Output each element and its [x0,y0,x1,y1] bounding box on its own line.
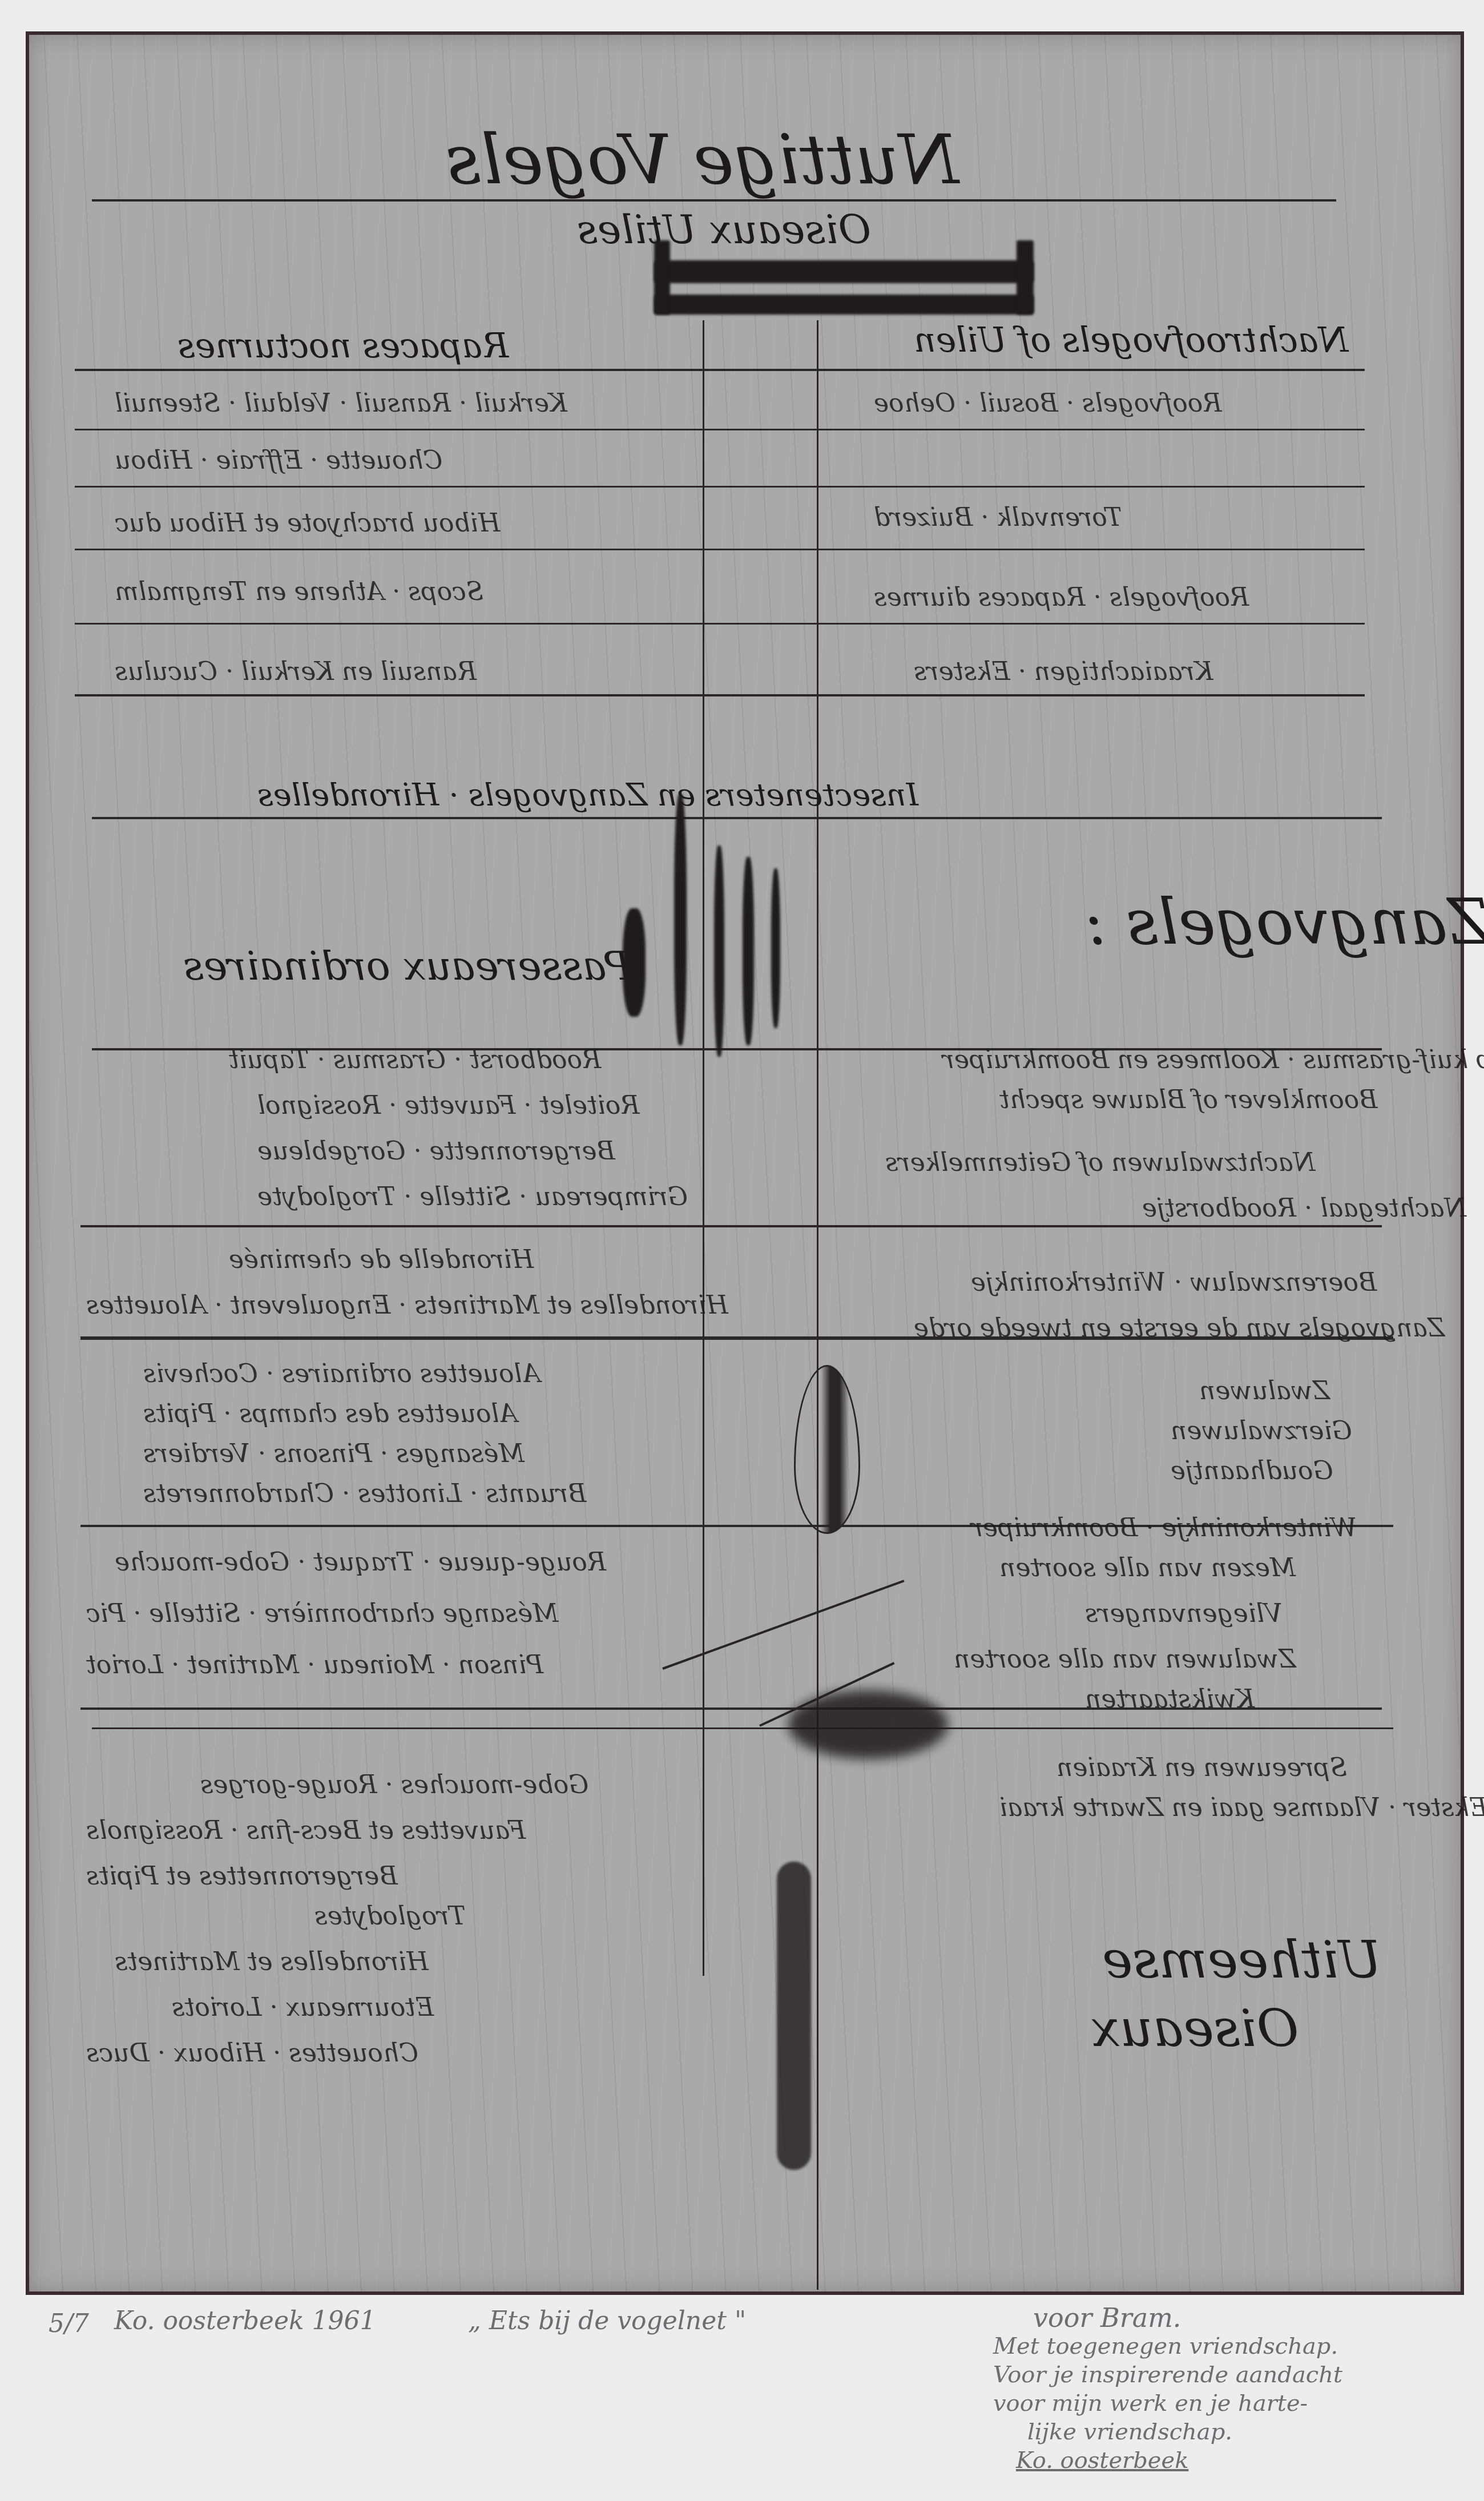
note: Bergeronnette · Gorgebleue [257,1137,615,1166]
note: Zwaluwen van alle soorten [954,1645,1296,1674]
text-nachtroofvogels: Nachtroofvogels of Uilen [914,320,1348,360]
note: Nachtegaal · Roodborstje [1142,1194,1466,1223]
text-zangvogels: Zangvogels : [1085,885,1484,958]
note: Ekster · Vlaamse gaai en Zwarte kraai [999,1793,1484,1822]
artwork-title: „ Ets bij de vogelnet " [468,2306,746,2335]
note: Torenvalk · Buizerd [874,503,1122,532]
note: Boerenzwaluw · Winterkoninkje [971,1268,1377,1297]
note: Vliegenvangers [1085,1599,1283,1628]
text-passereaux: Passereaux ordinaires [183,943,631,989]
note: Hibou brachyote et Hibou duc [115,509,500,538]
note: Bergeronnettes et Pipits [86,1862,398,1891]
note: Hirondelles et Martinets · Engoulevent ·… [86,1291,728,1320]
bird-figure [777,1862,811,2170]
dedication-line: voor mijn werk en je harte- [993,2389,1473,2418]
emblem-bar [654,260,1034,283]
note: Spreeuwen en Kraaien [1056,1753,1347,1782]
title-oiseaux-utiles: Oiseaux Utiles [577,206,871,253]
ruled-line [75,623,1365,625]
text-rapaces-nocturnes: Rapaces nocturnes [178,326,509,366]
etching-plate: Nuttige Vogels Oiseaux Utiles Nachtroofv… [26,31,1464,2295]
ruled-line [75,694,1365,696]
comb-stroke [743,857,754,1045]
artist-signature-date: Ko. oosterbeek 1961 [114,2306,376,2335]
note: Kerkuil · Ransuil · Velduil · Steenuil [115,389,567,418]
center-vertical-line [817,320,818,2290]
note: Mezen van alle soorten [999,1553,1296,1582]
comb-stroke [674,794,687,1045]
ruled-line [75,549,1365,550]
note: Troglodytes [314,1902,466,1931]
title-nuttige-vogels: Nuttige Vogels [446,120,959,200]
edition-number: 5/7 [49,2309,89,2338]
note: Mésanges · Pinsons · Verdiers [143,1439,525,1468]
note: Roitelet · Fauvette · Rossignol [257,1091,639,1120]
comb-stroke [714,845,724,1057]
dedication-line: Met toegenegen vriendschap. [993,2332,1473,2361]
text-insectivores: Insecteneters en Zangvogels · Hirondelle… [257,777,918,813]
note: Alouettes ordinaires · Cochevis [143,1359,540,1388]
ruled-line [92,1727,1393,1729]
center-vertical-line [703,320,704,1976]
emblem-bar [654,295,1034,315]
note: Fauvettes et Becs-fins · Rossignols [86,1816,526,1845]
note: Kwikstaarten [1085,1685,1255,1714]
note: Mésange charbonnière · Sittelle · Pic [86,1599,558,1628]
ruled-line [92,817,1382,819]
note: Chouettes · Hiboux · Ducs [86,2039,418,2068]
dedication-line: lijke vriendschap. [993,2418,1473,2446]
text-uitheemse: Uitheemse [1102,1930,1382,1990]
dedication-line: Voor je inspirerende aandacht [993,2361,1473,2389]
ruled-line [75,486,1365,488]
note: Zwaluwen [1199,1376,1330,1405]
note: Roofvogels · Rapaces diurnes [874,583,1249,612]
ink-blot [788,1690,948,1759]
note: Goudhaantje [1171,1456,1333,1485]
emblem-bar-left [654,240,670,315]
ruled-line [80,1225,1382,1227]
note: Scops · Athene en Tengmalm [115,577,483,606]
ruled-line [75,429,1365,430]
note: Gierzwaluwen [1171,1416,1352,1445]
dedication-signature: Ko. oosterbeek [993,2446,1473,2475]
note: Chouette · Effraie · Hibou [115,446,442,475]
note: Rouge-queue · Traquet · Gobe-mouche [115,1548,606,1577]
text-oiseaux-exotiques: Oiseaux [1091,1999,1298,2059]
note: Bruants · Linottes · Chardonnerets [143,1479,587,1508]
note: Boomklever of Blauwe specht [999,1085,1378,1114]
note: Gobe-mouches · Rouge-gorges [200,1770,588,1799]
note: Nachtzwaluwen of Geitenmelkers [885,1148,1315,1177]
note: Etourneaux · Loriots [172,1993,434,2022]
note: Grimpereau · Sittelle · Troglodyte [257,1182,688,1211]
dedication-line: voor Bram. [993,2303,1473,2332]
note: Ransuil en Kerkuil · Cuculus [115,657,477,686]
comb-stroke [771,868,780,1028]
dedication: voor Bram. Met toegenegen vriendschap. V… [993,2303,1473,2475]
note: Kraaiachtigen · Eksters [914,657,1213,686]
note: Hirondelle de cheminée [229,1245,534,1274]
note: Winterkoninkje · Boomkruiper [971,1513,1357,1543]
note: Roodborst · Grasmus · Tapuit [229,1045,601,1074]
ruled-line [75,369,1365,371]
note: Roofvogels · Bosuil · Oehoe [874,389,1221,418]
comb-stroke [623,908,646,1017]
note: Zangvogels van de eerste en tweede orde [914,1314,1445,1343]
note: Alouettes des champs · Pipits [143,1399,517,1428]
note: Pinson · Moineau · Martinet · Loriot [86,1650,543,1680]
note: Top kuif-grasmus · Koolmees en Boomkruip… [942,1045,1484,1074]
emblem-bar-right [1017,240,1034,315]
note: Hirondelles et Martinets [115,1947,429,1976]
